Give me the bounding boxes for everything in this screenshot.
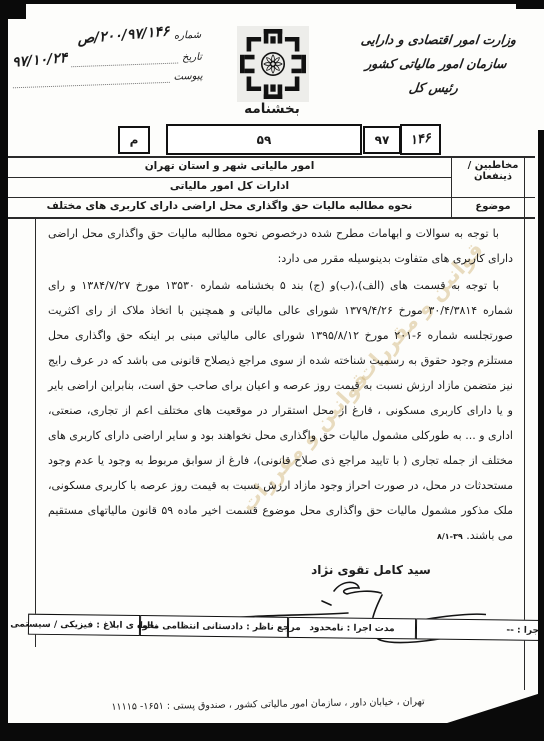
document-title: بخشنامه	[0, 101, 544, 117]
execution-date-cell: تاریخ اجرا : --	[416, 618, 544, 641]
attachment-label: پیوست	[173, 71, 203, 83]
scan-corner-top-left	[0, 0, 26, 19]
recipients-label: مخاطبین / ذینفعان	[453, 160, 533, 182]
scanned-circular-page: قوانین و مقررات قوانین و مقررات وزارت ام…	[0, 0, 544, 741]
tax-organization-emblem-icon	[240, 29, 306, 99]
meta-table-top-rule	[8, 156, 535, 158]
meta-table-inner-rule	[8, 177, 451, 178]
attachment-row: پیوست	[12, 69, 202, 89]
subject-label: موضوع	[453, 201, 533, 212]
subject-value: نحوه مطالبه مالیات حق واگذاری محل اراضی …	[8, 200, 451, 212]
classification-box-serial: ۱۴۶	[400, 124, 441, 155]
body-intro-paragraph: با توجه به سوالات و ابهامات مطرح شده درخ…	[36, 219, 523, 271]
classification-box-year: ۹۷	[363, 126, 401, 154]
document-number-block: شماره ۲۰۰/۹۷/۱۴۶/ص تاریخ ۹۷/۱۰/۲۴ پیوست	[11, 25, 203, 95]
body-intro-text: با توجه به سوالات و ابهامات مطرح شده درخ…	[48, 227, 513, 265]
signatory-role: رئیس کل	[336, 76, 531, 100]
supervising-authority-cell: مرجع ناظر : دادستانی انتظامی مالیاتی	[140, 615, 288, 638]
body-right-rule	[524, 156, 525, 690]
recipients-value-line2: ادارات کل امور مالیاتی	[8, 180, 451, 192]
body-main-text: با توجه به قسمت های (الف)،(ب)و (ج) بند ۵…	[48, 279, 513, 542]
scan-edge-top	[0, 0, 544, 4]
meta-table-mid-rule	[8, 197, 535, 198]
organization-name: سازمان امور مالیاتی کشور	[339, 52, 534, 76]
number-value-handwritten: ۲۰۰/۹۷/۱۴۶/ص	[77, 23, 170, 47]
recipients-value-line1: امور مالیاتی شهر و استان تهران	[8, 160, 451, 172]
date-label: تاریخ	[182, 52, 202, 64]
meta-table-column-rule	[451, 156, 452, 217]
footer-address: تهران ، خیابان داور ، سازمان امور مالیات…	[78, 696, 458, 714]
classification-box-type: م	[118, 126, 150, 154]
scan-edge-bottom	[0, 723, 544, 741]
execution-duration-cell: مدت اجرا : نامحدود	[288, 617, 416, 640]
recipients-label-line2: ذینفعان	[453, 171, 533, 182]
reference-code: ۳۹-۸/۱	[437, 532, 463, 541]
scan-edge-right	[538, 130, 544, 741]
number-label: شماره	[174, 30, 202, 42]
date-dotted-line	[71, 51, 178, 68]
date-row: تاریخ ۹۷/۱۰/۲۴	[12, 47, 202, 70]
classification-box-article: ۵۹	[166, 124, 362, 155]
date-value-handwritten: ۹۷/۱۰/۲۴	[11, 50, 68, 71]
body-main-paragraph: با توجه به قسمت های (الف)،(ب)و (ج) بند ۵…	[36, 271, 523, 549]
tax-organization-emblem-icon	[237, 26, 309, 102]
number-row: شماره ۲۰۰/۹۷/۱۴۶/ص	[11, 25, 201, 48]
notification-method-cell: نحوه ی ابلاغ : فیزیکی / سیستمی	[28, 614, 140, 636]
ministry-name: وزارت امور اقتصادی و دارایی	[341, 28, 536, 52]
letterhead: وزارت امور اقتصادی و دارایی سازمان امور …	[336, 28, 536, 100]
scan-corner-top-right	[516, 0, 544, 9]
recipients-label-line1: مخاطبین /	[453, 160, 533, 171]
attachment-dotted-line	[12, 70, 169, 88]
signatory-name: سید کامل تقوی نژاد	[311, 563, 431, 577]
scan-edge-left	[0, 0, 8, 741]
body-text-block: با توجه به سوالات و ابهامات مطرح شده درخ…	[36, 219, 523, 653]
scan-corner-bottom-right	[444, 692, 544, 724]
serial-handwritten: ۱۴۶	[409, 131, 432, 149]
